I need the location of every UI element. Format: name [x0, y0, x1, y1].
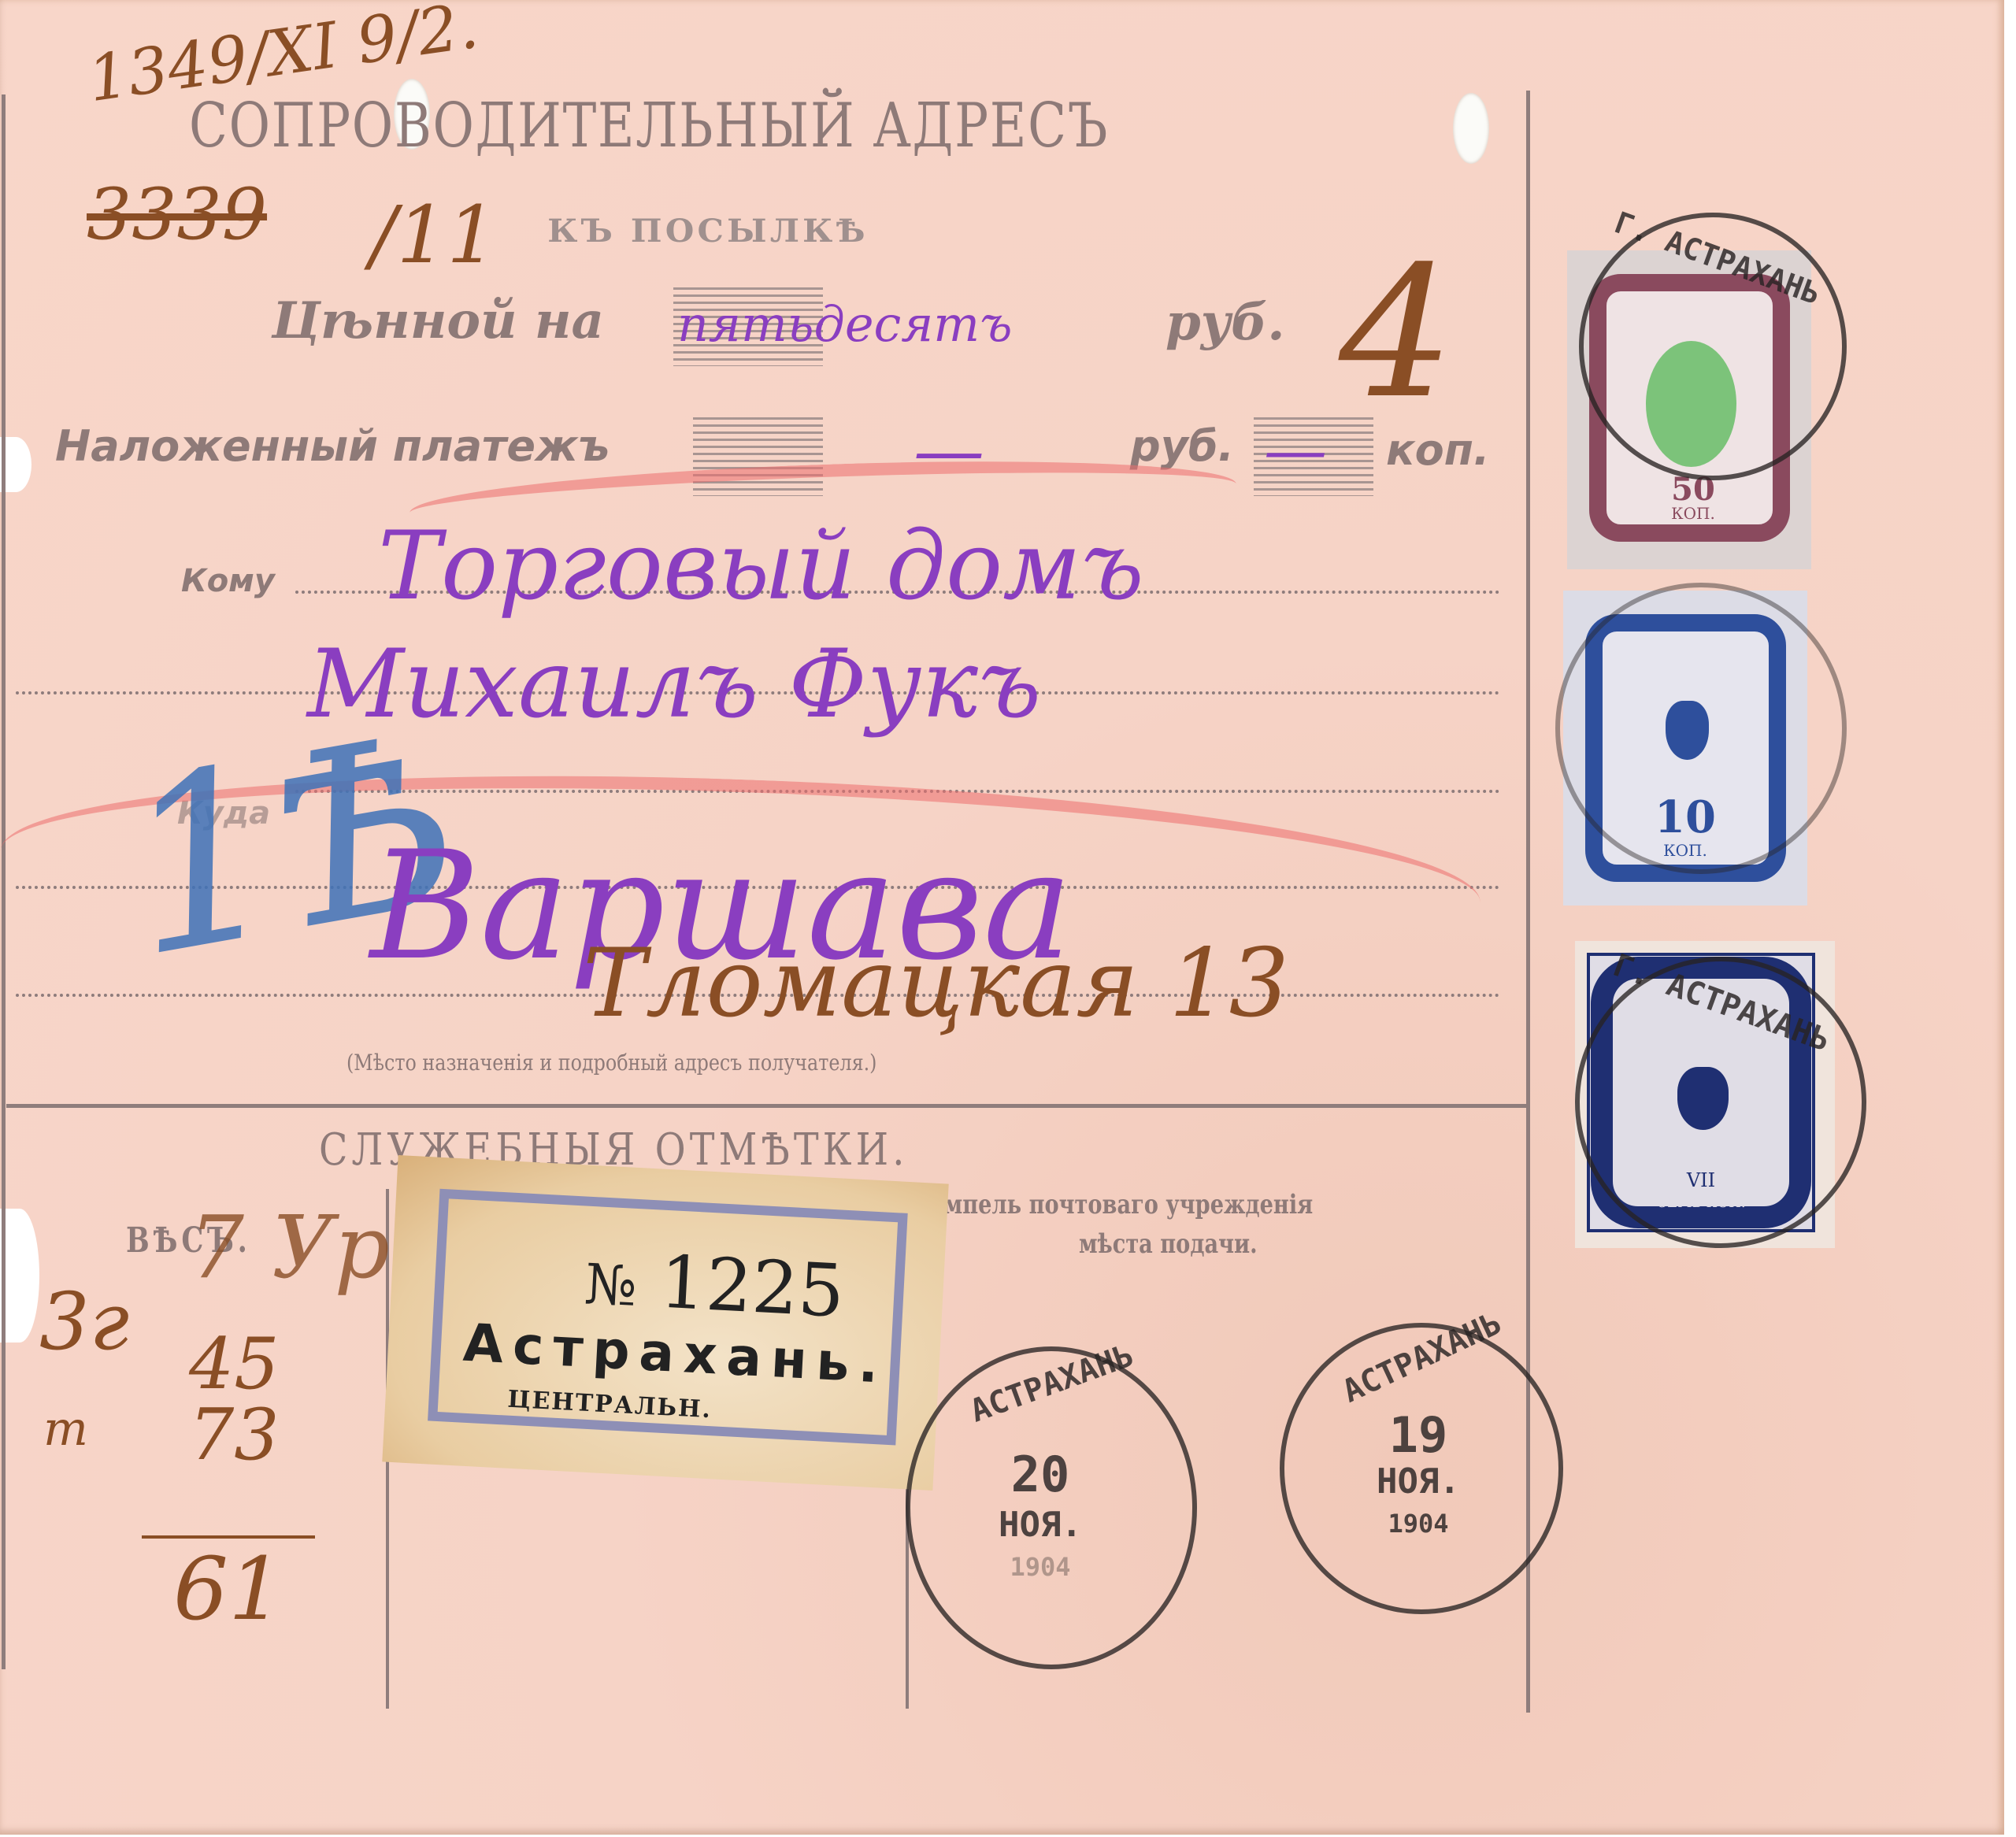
- hw-fee-figure: 4: [1339, 228, 1454, 439]
- postmark-19-year: 1904: [1363, 1509, 1473, 1539]
- registration-number: № 1225: [583, 1236, 847, 1334]
- hw-weight-calc-4: т: [43, 1402, 88, 1457]
- value-unit: руб.: [1165, 293, 1285, 352]
- hw-crossed-number-suffix: /11: [370, 189, 497, 281]
- postmark-20-nov: АСТРАХАНЬ 20 НОЯ. 1904: [906, 1346, 1197, 1669]
- address-caption: (Мѣсто назначенія и подробный адресъ пол…: [346, 1050, 876, 1076]
- hw-weight-calc-1: 3г: [39, 1276, 129, 1368]
- left-border: [2, 94, 6, 1669]
- punch-hole-right: [1453, 93, 1489, 164]
- postmark-19-day: 19: [1363, 1406, 1473, 1464]
- hw-weight-calc-3: 73: [189, 1394, 280, 1476]
- torn-edge-bottom: [0, 1209, 39, 1343]
- postmark-20-month: НОЯ.: [981, 1505, 1099, 1545]
- postmark-19-city: АСТРАХАНЬ: [1311, 1293, 1533, 1422]
- stamp-50-unit: КОП.: [1658, 504, 1729, 523]
- postmark-20-day: 20: [981, 1446, 1099, 1503]
- postmark-20-city: АСТРАХАНЬ: [943, 1329, 1162, 1439]
- hw-cod-rub-dash: —: [913, 409, 984, 492]
- hw-street: Тломацкая 13: [583, 929, 1289, 1039]
- stamp-cancel-1-text: Г. АСТРАХАНЬ: [1608, 204, 1827, 312]
- registration-label: № 1225 Астрахань. ЦЕНТРАЛЬН.: [382, 1155, 948, 1491]
- cod-rub-unit: руб.: [1130, 421, 1234, 471]
- hw-crossed-number: 3339: [87, 173, 267, 256]
- registration-number-value: 1225: [658, 1240, 846, 1334]
- cod-label: Наложенный платежъ: [55, 421, 610, 471]
- to-label: Кому: [181, 563, 275, 599]
- postmark-19-nov: АСТРАХАНЬ 19 НОЯ. 1904: [1280, 1323, 1563, 1614]
- section-divider: [6, 1104, 1526, 1108]
- hw-cod-kop-dash: —: [1264, 413, 1327, 487]
- hw-weight-total: 61: [142, 1535, 315, 1639]
- hw-recipient-line1: Торговый домъ: [378, 512, 1144, 621]
- stamp-cancel-1: Г. АСТРАХАНЬ: [1579, 213, 1847, 480]
- stamp-note-line2: мѣста подачи.: [1079, 1228, 1258, 1260]
- postmark-20-year: 1904: [981, 1552, 1099, 1582]
- postmark-19-month: НОЯ.: [1363, 1461, 1473, 1502]
- stamp-cancel-3: Г. АСТРАХАНЬ: [1575, 957, 1866, 1248]
- value-label: Цѣнной на: [272, 291, 604, 350]
- hw-weight-value: 7 Ур: [189, 1197, 390, 1298]
- form-subtitle: КЪ ПОСЫЛКѢ: [547, 213, 868, 250]
- parcel-dispatch-card: СОПРОВОДИТЕЛЬНЫЙ АДРЕСЪ КЪ ПОСЫЛКѢ Цѣнно…: [0, 0, 2004, 1835]
- registration-number-prefix: №: [583, 1252, 638, 1319]
- form-title: СОПРОВОДИТЕЛЬНЫЙ АДРЕСЪ: [189, 91, 1109, 161]
- stamp-cancel-2: [1555, 583, 1847, 874]
- stamp-note-line1: Штемпель почтоваго учрежденія: [890, 1189, 1313, 1220]
- hw-declared-value: пятьдесятъ: [677, 295, 1012, 353]
